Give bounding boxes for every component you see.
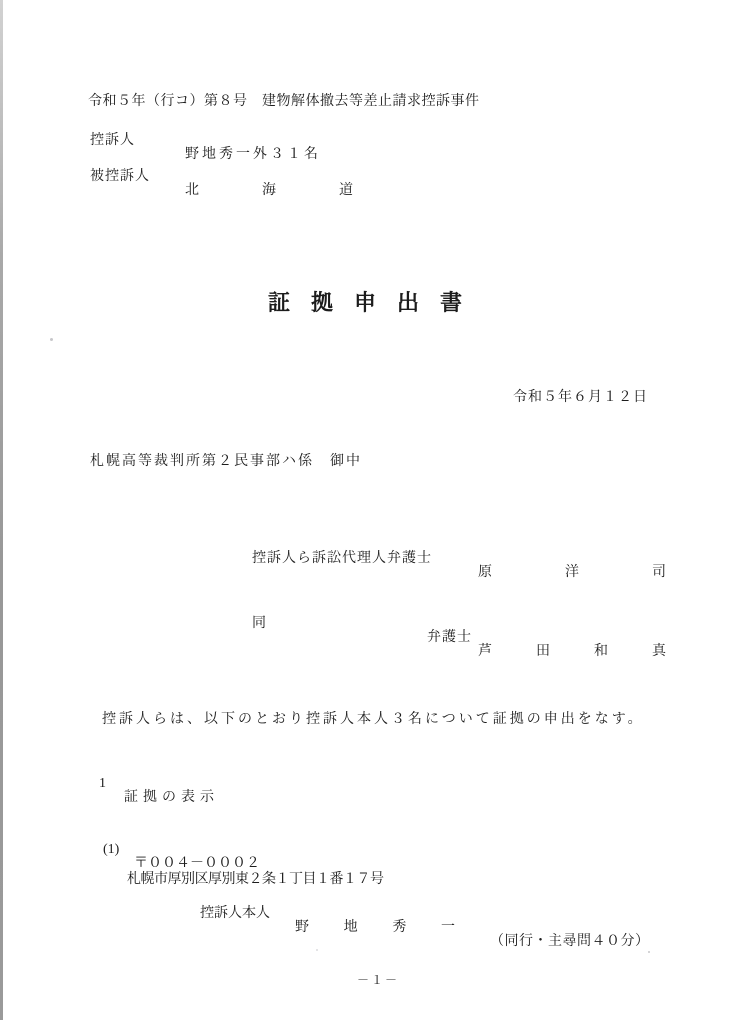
appellee-name: 北海道 [185,184,353,198]
signatory-role: 控訴人ら訴訟代理人弁護士 [252,552,432,566]
signatory-line-2: 同 弁護士 芦田和真 [0,603,736,673]
appellee-line: 被控訴人 北海道 [0,156,736,212]
signatory-line-1: 控訴人ら訴訟代理人弁護士 原洋司 [0,538,736,594]
scanned-court-document-page: 令和５年（行コ）第８号 建物解体撤去等差止請求控訴事件 控訴人 野地秀一外３１名… [0,0,736,1020]
document-date: 令和５年６月１２日 [513,391,648,405]
section-number: 1 [99,777,106,791]
body-paragraph: 控訴人らは、以下のとおり控訴人本人３名について証拠の申出をなす。 [0,699,736,741]
date-line: 令和５年６月１２日 [0,377,736,419]
page-number: －１－ [0,962,736,998]
case-number-text: 令和５年（行コ）第８号 建物解体撤去等差止請求控訴事件 [88,95,480,109]
item1-examination-note: （同行・主尋問４０分） [490,935,650,949]
section-heading-line: 1 証拠の表示 [0,763,736,819]
signatory-ditto-mark: 同 [252,617,266,631]
signatory-name: 原洋司 [478,566,666,580]
court-address-line: 札幌高等裁判所第２民事部ハ係 御中 [0,441,736,483]
item1-party-label: 控訴人本人 [200,907,270,921]
body-text: 控訴人らは、以下のとおり控訴人本人３名について証拠の申出をなす。 [102,713,645,727]
court-name: 札幌高等裁判所第２民事部ハ係 御中 [90,455,362,469]
item1-index: (1) [103,843,119,857]
signatory-role: 弁護士 [427,631,472,645]
scan-speck [50,338,53,341]
appellee-label: 被控訴人 [90,170,150,184]
signatory-name: 芦田和真 [478,645,666,659]
item1-party-name: 野地秀一 [295,921,455,935]
case-number-line: 令和５年（行コ）第８号 建物解体撤去等差止請求控訴事件 [0,81,736,123]
document-title-line: 証拠申出書 [0,278,736,320]
appellant-label: 控訴人 [90,134,135,148]
page-number-text: －１－ [357,973,399,987]
document-title: 証拠申出書 [268,292,483,314]
section-heading: 証拠の表示 [124,791,219,805]
item1-address: 札幌市厚別区厚別東２条１丁目１番１７号 [127,873,384,887]
item1-party-line: 控訴人本人 野地秀一 （同行・主尋問４０分） [0,893,736,963]
